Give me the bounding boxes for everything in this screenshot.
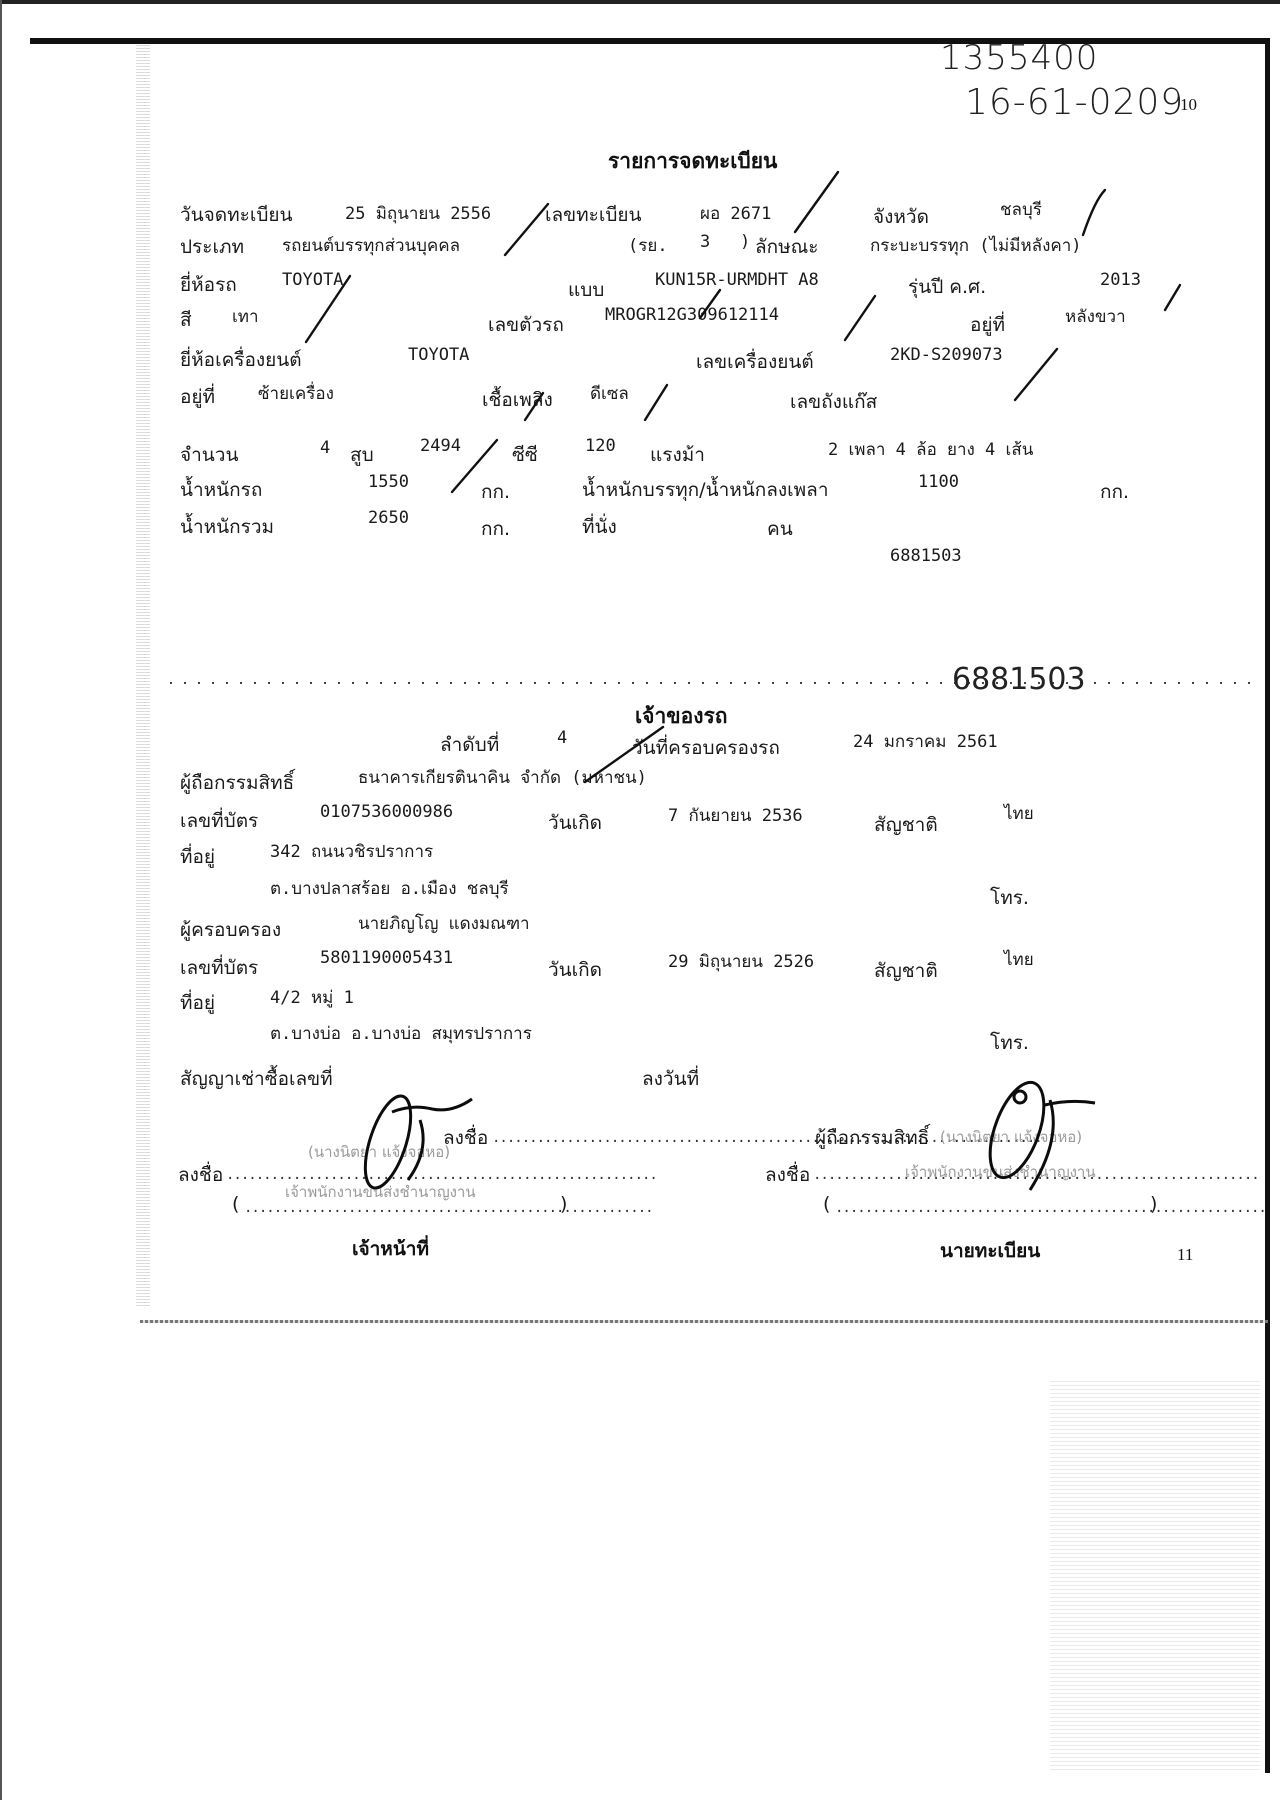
pen-marks-overlay [0,0,1280,1800]
